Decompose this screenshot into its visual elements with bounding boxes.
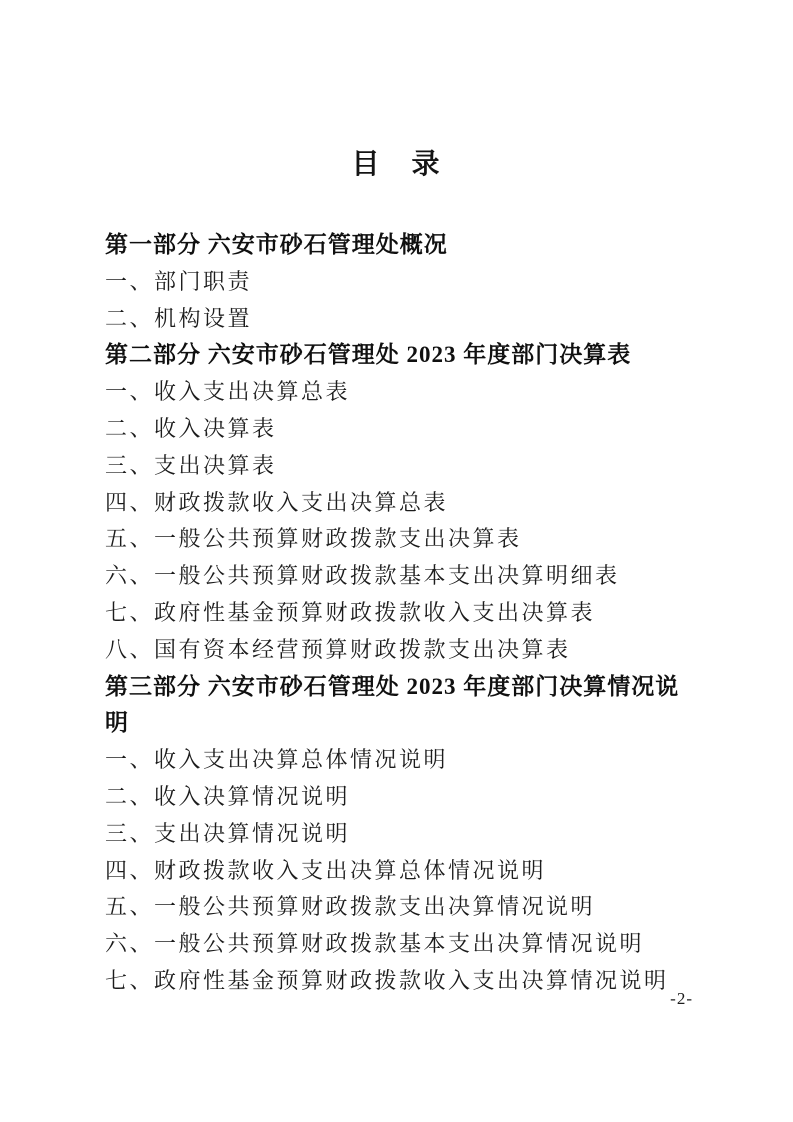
page-number: -2- (670, 989, 693, 1009)
toc-item: 二、机构设置 (105, 301, 693, 338)
toc-section-1-heading: 第一部分 六安市砂石管理处概况 (105, 227, 693, 264)
toc-item: 五、一般公共预算财政拨款支出决算情况说明 (105, 889, 693, 926)
toc-item: 四、财政拨款收入支出决算总表 (105, 485, 693, 522)
toc-item: 二、收入决算表 (105, 411, 693, 448)
toc-item: 二、收入决算情况说明 (105, 779, 693, 816)
toc-item: 六、一般公共预算财政拨款基本支出决算情况说明 (105, 926, 693, 963)
toc-item: 五、一般公共预算财政拨款支出决算表 (105, 521, 693, 558)
page-title: 目 录 (0, 0, 793, 183)
toc-item: 一、收入支出决算总表 (105, 374, 693, 411)
toc-item: 一、部门职责 (105, 264, 693, 301)
toc-item: 七、政府性基金预算财政拨款收入支出决算情况说明 (105, 963, 693, 1000)
toc-item: 三、支出决算表 (105, 448, 693, 485)
toc-item: 三、支出决算情况说明 (105, 816, 693, 853)
document-page: 目 录 第一部分 六安市砂石管理处概况 一、部门职责 二、机构设置 第二部分 六… (0, 0, 793, 1122)
toc-item: 七、政府性基金预算财政拨款收入支出决算表 (105, 595, 693, 632)
toc-section-3-heading: 第三部分 六安市砂石管理处 2023 年度部门决算情况说明 (105, 669, 693, 743)
toc-item: 一、收入支出决算总体情况说明 (105, 742, 693, 779)
toc-item: 六、一般公共预算财政拨款基本支出决算明细表 (105, 558, 693, 595)
toc-section-2-heading: 第二部分 六安市砂石管理处 2023 年度部门决算表 (105, 337, 693, 374)
toc-item: 八、国有资本经营预算财政拨款支出决算表 (105, 632, 693, 669)
toc-item: 四、财政拨款收入支出决算总体情况说明 (105, 853, 693, 890)
table-of-contents: 第一部分 六安市砂石管理处概况 一、部门职责 二、机构设置 第二部分 六安市砂石… (105, 227, 693, 1000)
